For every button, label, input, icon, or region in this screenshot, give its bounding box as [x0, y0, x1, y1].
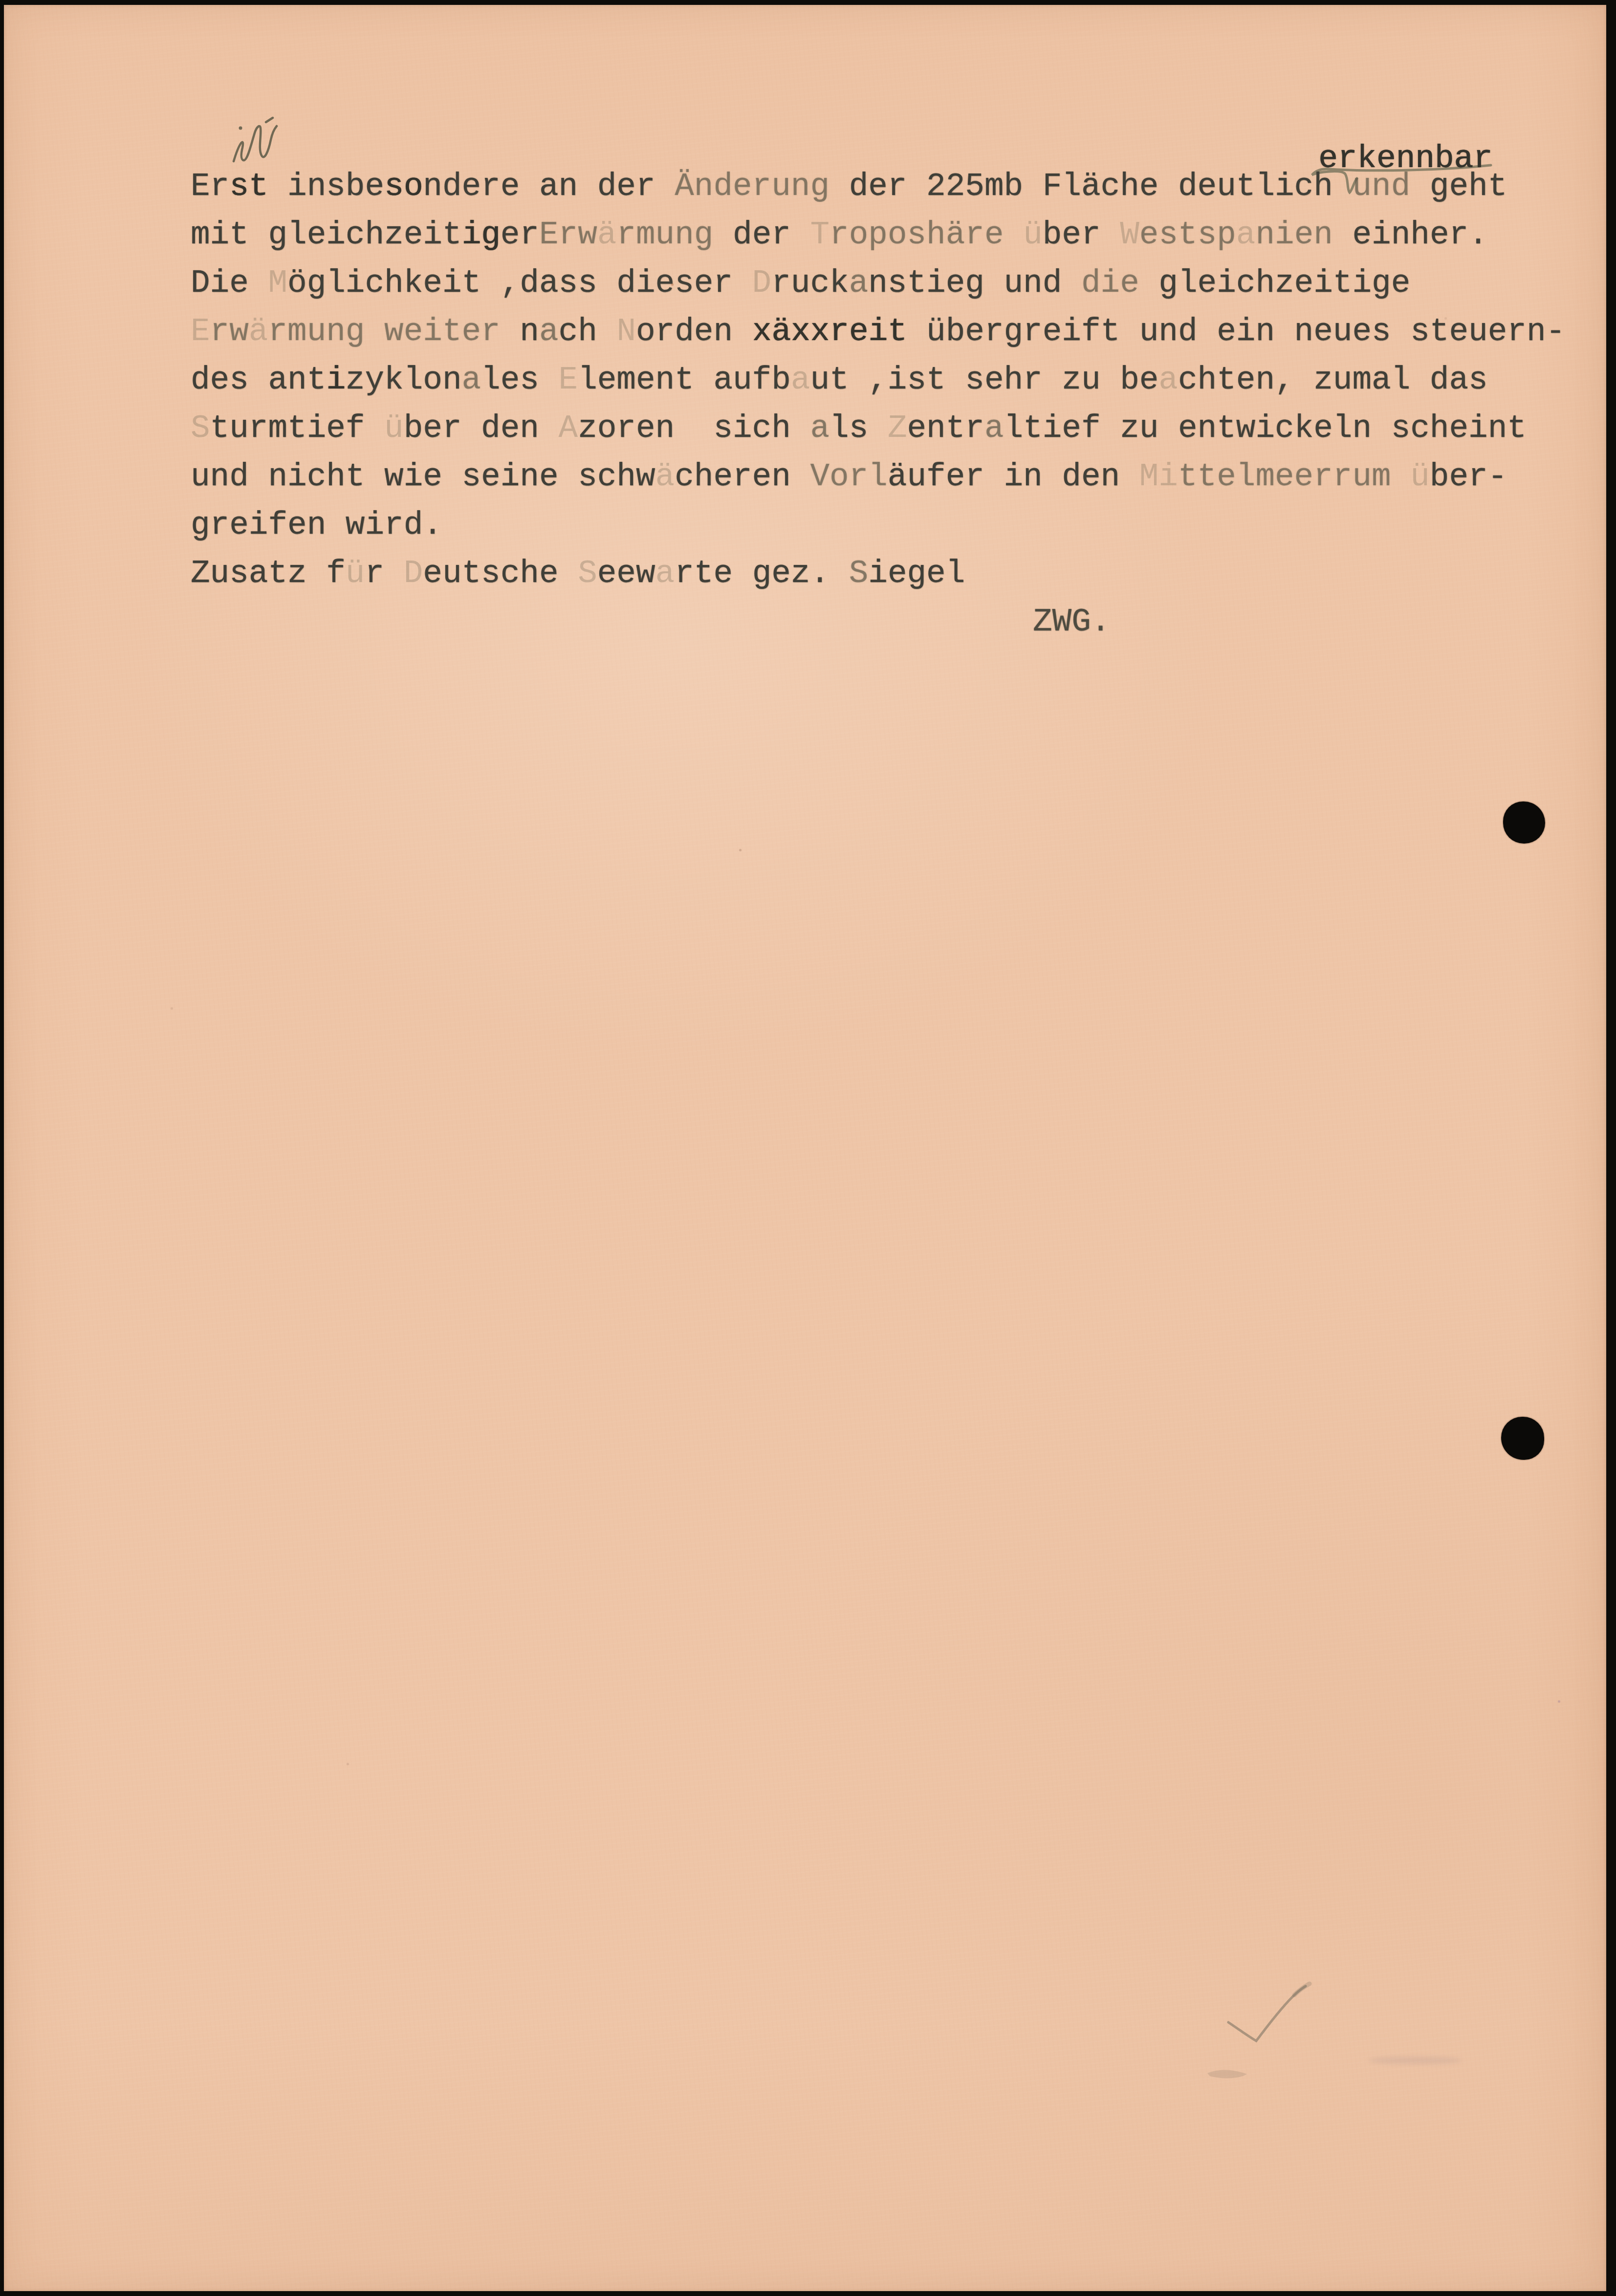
hole-punch-top [1503, 801, 1545, 844]
typed-line: mit gleichzeitigerErwärmung der Troposhä… [191, 211, 1565, 259]
typed-line: greifen wird. [191, 501, 1565, 549]
typed-line: Sturmtief über den Azoren sich als Zentr… [191, 404, 1565, 453]
pencil-checkmark [1207, 1984, 1310, 2079]
scan-smudge [1369, 2057, 1462, 2064]
scanned-document-screenshot: { "page": { "background_color": "#0d0c09… [0, 0, 1616, 2296]
typed-line: Erst insbesondere an der Änderung der 22… [191, 162, 1565, 211]
paper-specks [4, 5, 5, 6]
hole-punch-bottom [1501, 1417, 1544, 1460]
typed-line: Erwärmung weiter nach Norden xäxxreit üb… [191, 307, 1565, 356]
typed-body: Erst insbesondere an der Änderung der 22… [191, 162, 1565, 598]
typed-text-block: Erst insbesondere an der Änderung der 22… [191, 162, 1565, 646]
pencil-smudge [1207, 2070, 1247, 2078]
document-page: erkennbar Erst insbesondere an der Änder… [4, 5, 1606, 2291]
typed-line: und nicht wie seine schwächeren Vorläufe… [191, 453, 1565, 501]
typed-line: Zusatz für Deutsche Seewarte gez. Siegel [191, 549, 1565, 598]
typed-line: des antizyklonales Element aufbaut ,ist … [191, 356, 1565, 404]
typed-initials: ZWG. [1033, 598, 1565, 646]
typed-line: Die Möglichkeit ,dass dieser Druckanstie… [191, 259, 1565, 307]
handwritten-ist-annotation [234, 118, 277, 161]
